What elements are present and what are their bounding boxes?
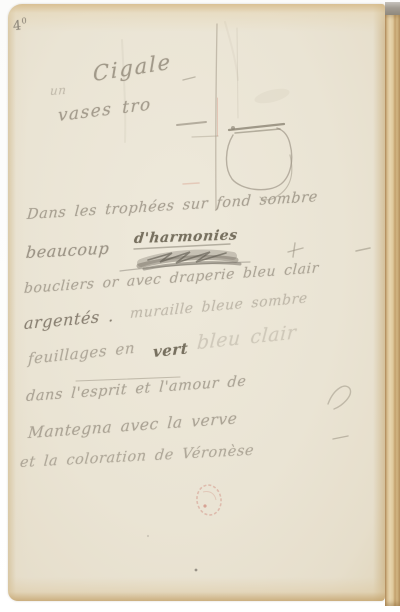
page-number: 40 bbox=[12, 16, 28, 34]
handwriting-word-vert: vert bbox=[153, 339, 189, 361]
background-corner bbox=[385, 2, 400, 15]
page-block-fore-edge bbox=[385, 14, 400, 606]
page-number-superscript: 0 bbox=[21, 16, 27, 26]
handwriting-word-un: un bbox=[50, 83, 68, 98]
scanned-notebook-photo: 40 un Cigale vases tro Dans les trophées… bbox=[0, 0, 400, 612]
